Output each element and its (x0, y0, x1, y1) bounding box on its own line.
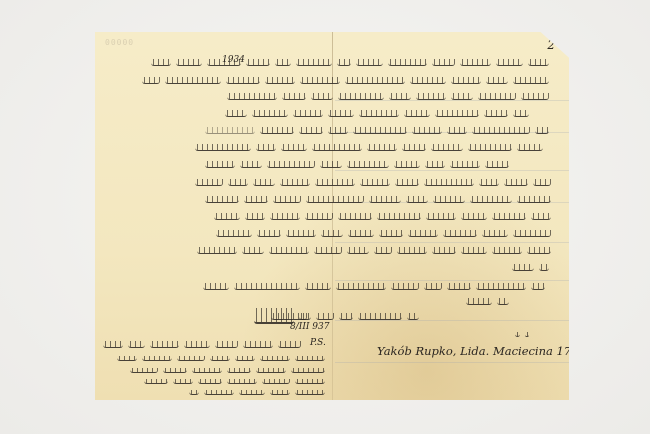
postscript-line (135, 389, 325, 395)
body-line (205, 92, 549, 101)
body-line (141, 282, 545, 291)
body-line (109, 126, 549, 135)
postscript-line (103, 340, 301, 349)
body-line (155, 109, 529, 118)
body-line (109, 178, 551, 187)
address-label (515, 331, 529, 337)
signature-line (270, 312, 419, 321)
closing-line (447, 297, 509, 306)
sender-address: Yakób Rupko, Lida. Maciecina 17 (377, 344, 571, 358)
body-line (495, 263, 549, 272)
handwriting-body: 1934 (95, 32, 569, 400)
body-line (129, 143, 543, 152)
ruled-line (335, 362, 569, 363)
body-line (109, 195, 551, 204)
body-line (109, 212, 551, 221)
body-line (151, 58, 549, 67)
postscript-line (103, 378, 325, 384)
body-line (109, 229, 551, 238)
postscript-marker: P.S. (310, 338, 326, 348)
letter-date: 8/III 937 (290, 322, 329, 332)
ruled-line (335, 280, 569, 281)
letter-page: 00000 2 1934 (95, 32, 569, 400)
body-line (109, 76, 549, 85)
ruled-line (335, 170, 569, 171)
body-line (109, 160, 509, 169)
year-text: 1934 (222, 55, 245, 65)
postscript-line (103, 367, 325, 373)
body-line (109, 246, 551, 255)
postscript-line (103, 355, 325, 361)
ruled-line (335, 242, 569, 243)
